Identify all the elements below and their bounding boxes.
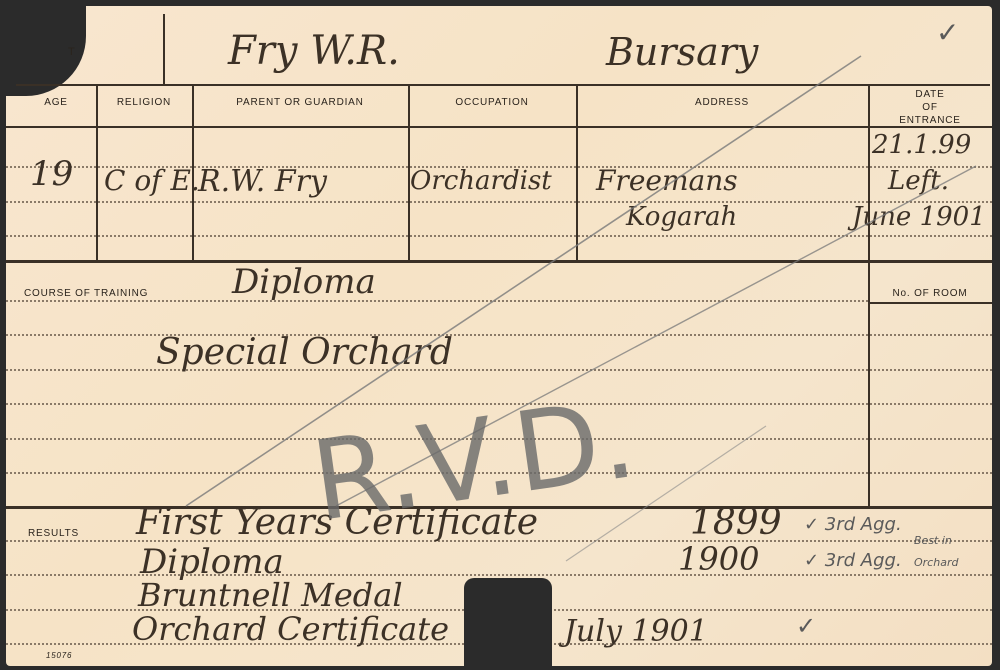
divider bbox=[163, 14, 165, 86]
header-label-fragment: T bbox=[68, 46, 76, 58]
address-line-1: Freemans bbox=[596, 164, 738, 197]
form-number: 15076 bbox=[46, 651, 72, 660]
student-name: Fry W.R. bbox=[228, 28, 400, 74]
student-record-card: T Fry W.R. Bursary ✓ AGE RELIGION PARENT… bbox=[6, 6, 992, 666]
column-header-religion: RELIGION bbox=[96, 97, 192, 108]
religion-value: C of E. bbox=[104, 164, 200, 197]
result-line-3: Bruntnell Medal bbox=[138, 576, 403, 614]
column-header-date-of-entrance: DATE OF ENTRANCE bbox=[868, 88, 992, 127]
ruled-line bbox=[6, 300, 868, 302]
column-header-occupation: OCCUPATION bbox=[408, 97, 576, 108]
ruled-line bbox=[6, 369, 992, 371]
pencil-stamp: R.V.D. bbox=[305, 374, 643, 546]
date-label-line: DATE bbox=[868, 88, 992, 101]
result-line-4: Orchard Certificate bbox=[132, 610, 449, 648]
divider bbox=[16, 84, 990, 86]
bursary-status: Bursary bbox=[606, 30, 758, 74]
ruled-line bbox=[6, 235, 992, 237]
result-year-2: 1900 bbox=[678, 540, 759, 578]
column-header-age: AGE bbox=[16, 97, 96, 108]
address-line-2: Kogarah bbox=[626, 202, 737, 232]
age-value: 19 bbox=[30, 154, 73, 194]
date-label-line: OF bbox=[868, 101, 992, 114]
side-note: Best in Orchard bbox=[914, 530, 958, 574]
result-note-1: ✓ 3rd Agg. bbox=[804, 514, 902, 535]
result-note-2: ✓ 3rd Agg. bbox=[804, 550, 902, 571]
result-note-4: ✓ bbox=[796, 612, 816, 640]
course-line-1: Diploma bbox=[232, 262, 376, 302]
result-year-4: July 1901 bbox=[564, 614, 708, 649]
divider bbox=[868, 302, 992, 304]
course-line-2: Special Orchard bbox=[156, 332, 453, 373]
entrance-date: 21.1.99 bbox=[872, 130, 971, 160]
left-note: Left. bbox=[888, 166, 949, 196]
occupation-value: Orchardist bbox=[410, 166, 552, 196]
ruled-line bbox=[6, 201, 992, 203]
course-label: COURSE OF TRAINING bbox=[24, 288, 148, 299]
result-year-1: 1899 bbox=[690, 502, 782, 543]
results-label: RESULTS bbox=[28, 528, 79, 539]
parent-value: R.W. Fry bbox=[198, 164, 327, 199]
room-number-label: No. OF ROOM bbox=[868, 288, 992, 299]
side-note-line: Best in bbox=[914, 530, 958, 552]
torn-notch bbox=[464, 578, 552, 670]
divider bbox=[6, 260, 992, 263]
column-header-parent: PARENT OR GUARDIAN bbox=[192, 97, 408, 108]
column-header-address: ADDRESS bbox=[576, 97, 868, 108]
left-date: June 1901 bbox=[852, 202, 986, 232]
check-icon: ✓ bbox=[936, 16, 959, 49]
side-note-line: Orchard bbox=[914, 552, 958, 574]
divider bbox=[6, 126, 992, 128]
ruled-line bbox=[6, 334, 992, 336]
